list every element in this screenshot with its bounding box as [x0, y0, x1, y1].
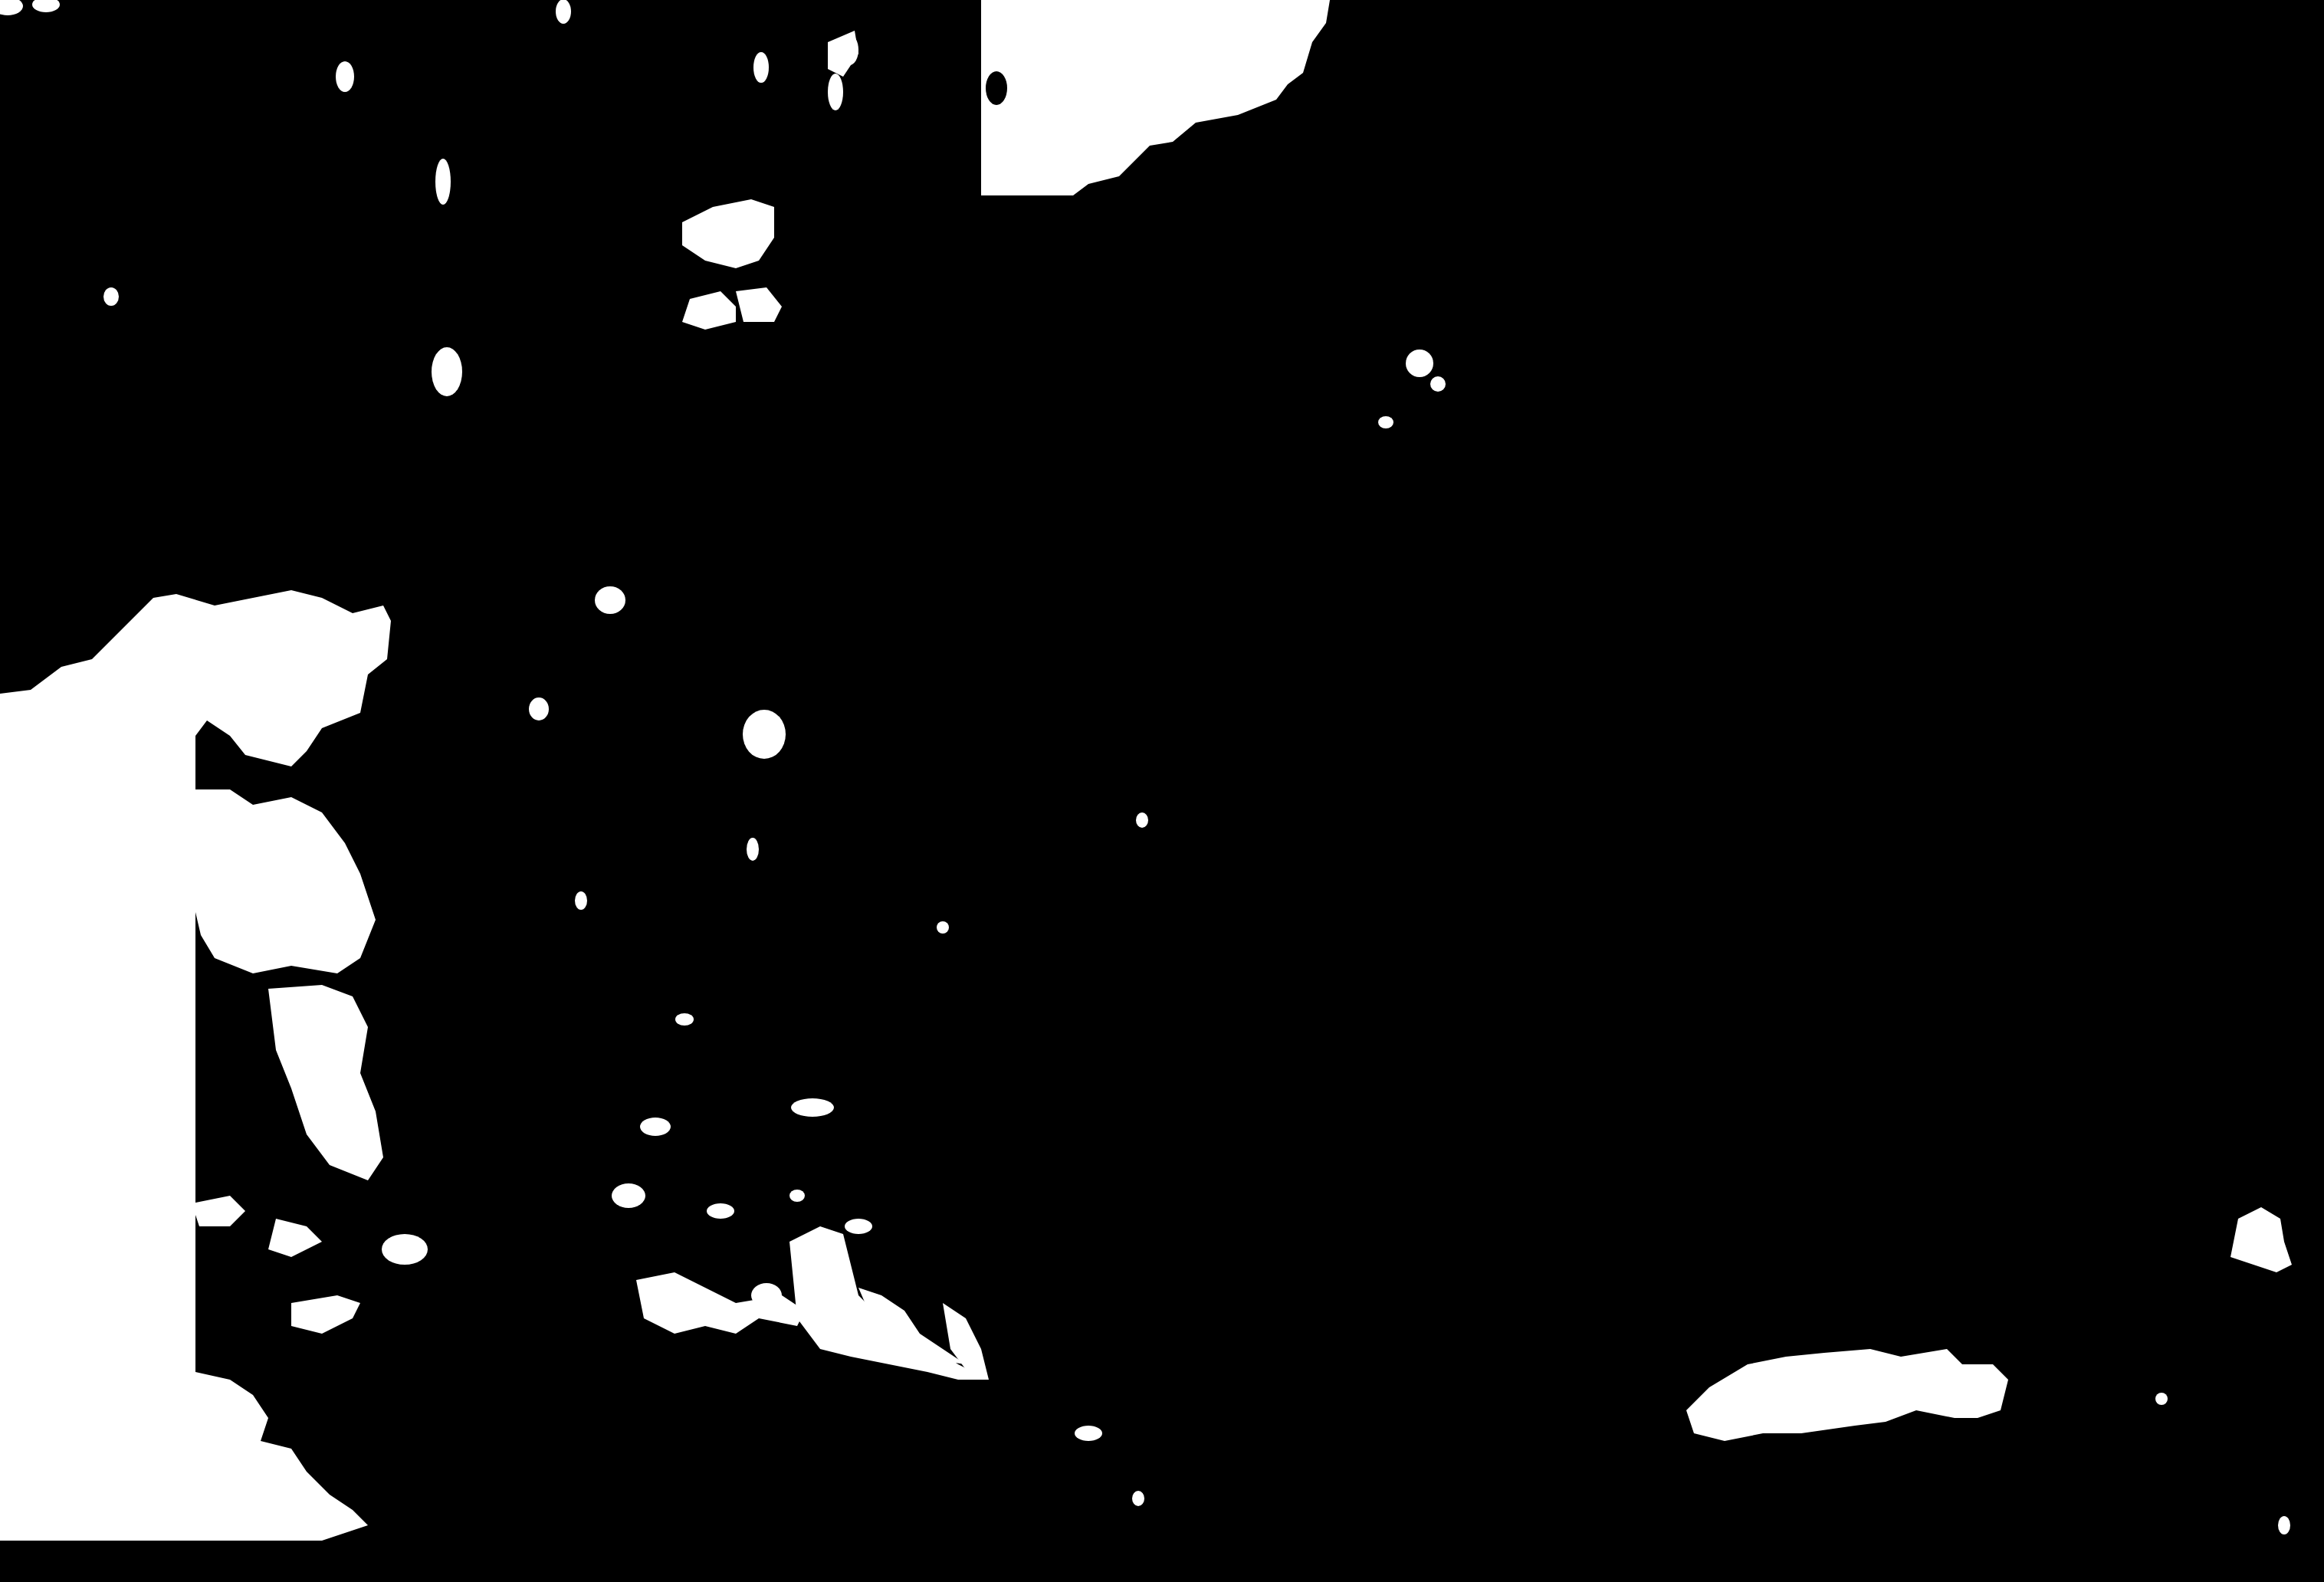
- binary-mask-image: [0, 0, 2324, 1582]
- mask-background: [0, 0, 2324, 1582]
